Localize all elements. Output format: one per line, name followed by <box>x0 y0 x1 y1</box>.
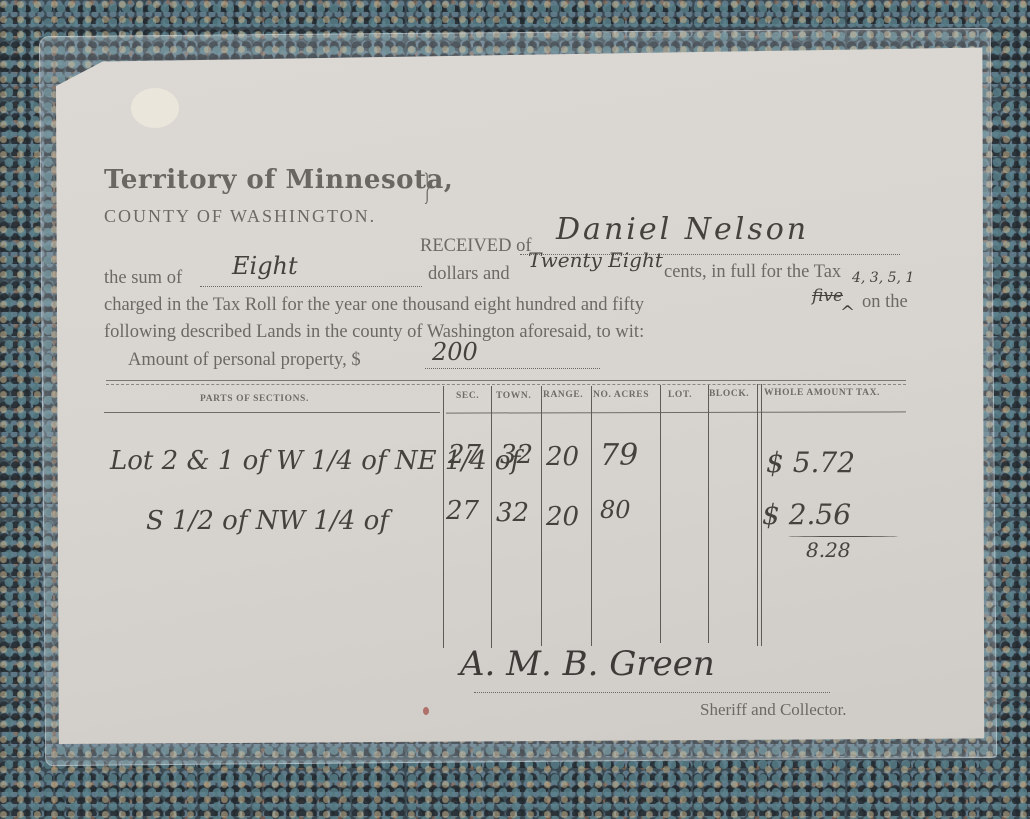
row2-town: 32 <box>496 498 529 528</box>
signature-dotted-line <box>474 692 830 693</box>
row1-town: 32 <box>500 440 533 470</box>
tax-roll-text: charged in the Tax Roll for the year one… <box>104 295 644 316</box>
col-header-parts: PARTS OF SECTIONS. <box>200 394 309 404</box>
county-heading: COUNTY OF WASHINGTON. <box>104 206 376 227</box>
year-insert-handwritten: 4, 3, 5, 1 <box>852 270 914 286</box>
on-the-text: on the <box>862 292 908 313</box>
sum-dotted-line <box>200 286 422 287</box>
year-handwritten: five <box>812 286 843 306</box>
row2-acres: 80 <box>600 496 631 524</box>
row1-acres: 79 <box>600 438 638 473</box>
col-divider <box>708 385 709 643</box>
territory-heading: Territory of Minnesota, <box>104 165 453 195</box>
row2-parts: S 1/2 of NW 1/4 of <box>146 506 389 536</box>
dollars-handwritten: Eight <box>232 252 298 280</box>
col-divider <box>757 384 758 646</box>
received-label: RECEIVED of <box>420 236 532 257</box>
col-divider <box>443 386 444 648</box>
punch-hole <box>131 88 179 128</box>
collector-signature: A. M. B. Green <box>460 644 715 684</box>
row1-tax: $ 5.72 <box>766 446 855 479</box>
table-top-rule <box>106 380 906 385</box>
received-from-handwritten: Daniel Nelson <box>556 212 809 247</box>
personal-property-label: Amount of personal property, $ <box>128 350 361 371</box>
col-header-town: TOWN. <box>496 391 531 401</box>
brace-glyph: } <box>423 165 430 209</box>
caret-mark: ^ <box>840 302 855 323</box>
cents-label: cents, in full for the Tax <box>664 262 841 283</box>
col-header-block: BLOCK. <box>709 389 749 399</box>
stain-mark <box>423 707 429 715</box>
col-divider <box>541 386 542 646</box>
col-header-acres: NO. ACRES <box>593 390 649 400</box>
cents-handwritten: Twenty Eight <box>528 248 663 272</box>
row1-sec: 27 <box>448 440 481 470</box>
col-header-sec: SEC. <box>456 391 479 401</box>
sum-label: the sum of <box>104 268 182 289</box>
total-underline <box>788 536 898 537</box>
described-lands-text: following described Lands in the county … <box>104 322 644 343</box>
dollars-label: dollars and <box>428 264 510 285</box>
personal-property-value: 200 <box>432 338 478 366</box>
sheriff-title: Sheriff and Collector. <box>700 700 847 720</box>
col-divider <box>491 386 492 648</box>
col-divider <box>660 385 661 643</box>
col-header-range: RANGE. <box>543 390 583 400</box>
header-underline-parts <box>104 412 440 413</box>
total-amount: 8.28 <box>806 538 851 562</box>
col-header-tax: WHOLE AMOUNT TAX. <box>764 388 880 398</box>
row1-range: 20 <box>546 442 579 472</box>
personal-property-dotted-line <box>425 368 600 369</box>
col-header-lot: LOT. <box>668 390 692 400</box>
col-divider <box>591 386 592 646</box>
row2-range: 20 <box>546 502 579 532</box>
row2-tax: $ 2.56 <box>762 498 851 531</box>
row2-sec: 27 <box>446 496 479 526</box>
